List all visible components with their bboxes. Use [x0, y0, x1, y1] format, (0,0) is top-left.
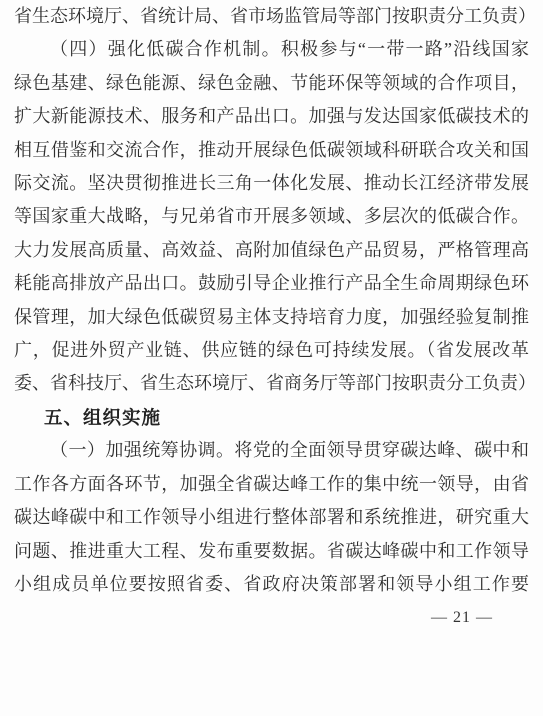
section-heading: 五、组织实施 — [14, 401, 529, 434]
text-line: 扩大新能源技术、服务和产品出口。加强与发达国家低碳技术的 — [14, 100, 529, 133]
text-line: 耗能高排放产品出口。鼓励引导企业推行产品全生命周期绿色环 — [14, 267, 529, 300]
text-line: 等国家重大战略，与兄弟省市开展多领域、多层次的低碳合作。 — [14, 200, 529, 233]
text-line: 碳达峰碳中和工作领导小组进行整体部署和系统推进，研究重大 — [14, 501, 529, 534]
document-body: 省生态环境厅、省统计局、省市场监管局等部门按职责分工负责） （四）强化低碳合作机… — [14, 0, 529, 601]
text-line: 大力发展高质量、高效益、高附加值绿色产品贸易，严格管理高 — [14, 234, 529, 267]
document-page: 省生态环境厅、省统计局、省市场监管局等部门按职责分工负责） （四）强化低碳合作机… — [0, 0, 543, 716]
text-line: 广，促进外贸产业链、供应链的绿色可持续发展。（省发展改革 — [14, 334, 529, 367]
page-number: — 21 — — [14, 601, 529, 634]
text-line: 工作各方面各环节，加强全省碳达峰工作的集中统一领导，由省 — [14, 468, 529, 501]
text-line-paragraph-start: （四）强化低碳合作机制。积极参与“一带一路”沿线国家 — [14, 33, 529, 66]
text-line: 省生态环境厅、省统计局、省市场监管局等部门按职责分工负责） — [14, 0, 529, 33]
text-line: 小组成员单位要按照省委、省政府决策部署和领导小组工作要 — [14, 568, 529, 601]
text-line: 保管理，加大绿色低碳贸易主体支持培育力度，加强经验复制推 — [14, 301, 529, 334]
text-line: 委、省科技厅、省生态环境厅、省商务厅等部门按职责分工负责） — [14, 367, 529, 400]
text-line: 问题、推进重大工程、发布重要数据。省碳达峰碳中和工作领导 — [14, 535, 529, 568]
text-line: 际交流。坚决贯彻推进长三角一体化发展、推动长江经济带发展 — [14, 167, 529, 200]
text-line: 相互借鉴和交流合作，推动开展绿色低碳领域科研联合攻关和国 — [14, 134, 529, 167]
text-line-paragraph-start: （一）加强统筹协调。将党的全面领导贯穿碳达峰、碳中和 — [14, 434, 529, 467]
text-line: 绿色基建、绿色能源、绿色金融、节能环保等领域的合作项目， — [14, 67, 529, 100]
